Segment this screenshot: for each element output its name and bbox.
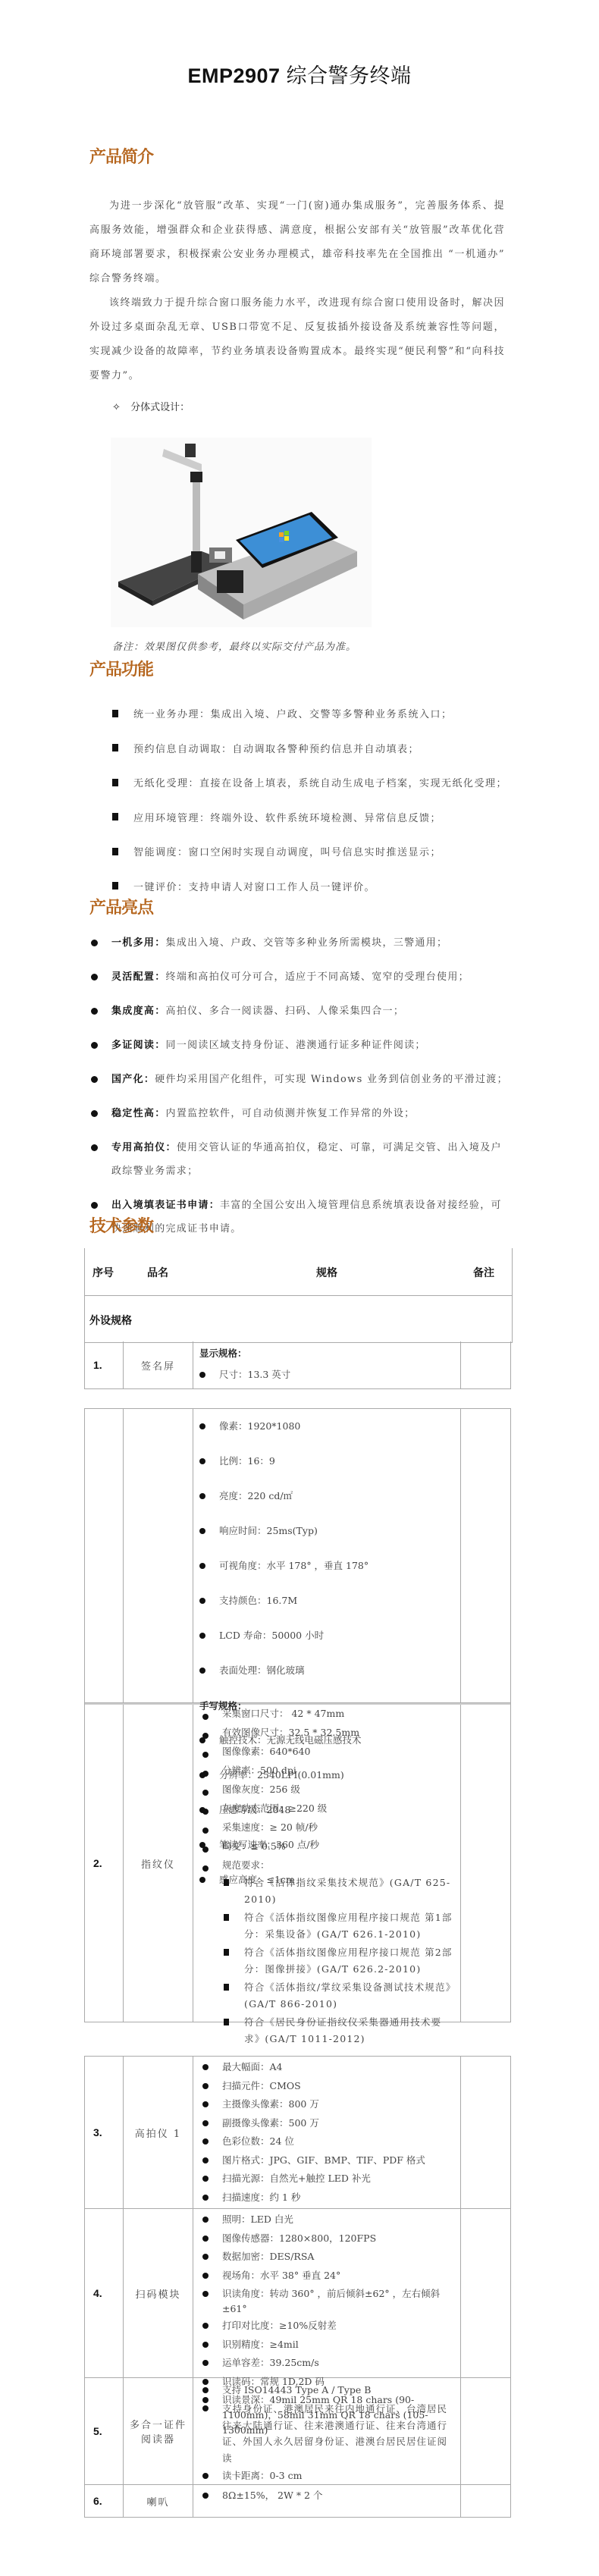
row-no: 4. (85, 2209, 124, 2377)
spec-item: 比例：16：9 (199, 1444, 453, 1479)
round-bullet-icon (199, 1493, 205, 1499)
round-bullet-icon (202, 2195, 209, 2201)
row-spec: 像素：1920*1080 比例：16：9 亮度：220 cd/㎡ 响应时间：25… (193, 1409, 461, 1702)
spec-item: 运单容差：39.25cm/s (199, 2354, 453, 2373)
row-remark (461, 2209, 510, 2377)
specs-table-header: 序号 品名 规格 备注 外设规格 (84, 1248, 513, 1343)
row-no: 6. (85, 2485, 124, 2517)
round-bullet-icon (202, 1846, 209, 1853)
row-no: 1. (85, 1341, 124, 1388)
round-bullet-icon (91, 974, 98, 981)
round-bullet-icon (202, 2387, 209, 2393)
round-bullet-icon (202, 2236, 209, 2242)
highlight-item: 稳定性高：内置监控软件，可自动侦测并恢复工作异常的外设； (89, 1102, 511, 1125)
functions-list: 统一业务办理：集成出入境、户政、交警等多警种业务系统入口； 预约信息自动调取：自… (112, 696, 522, 903)
terminal-device-icon (111, 438, 372, 627)
spec-item: 采集速度：≥ 20 帧/秒 (199, 1818, 453, 1837)
spec-item: 尺寸：13.3 英寸 (199, 1364, 453, 1385)
spec-item: 像素：1920*1080 (199, 1409, 453, 1444)
highlight-item: 专用高拍仪：使用交管认证的华通高拍仪，稳定、可靠，可满足交管、出入境及户政综警业… (89, 1136, 511, 1183)
function-item: 预约信息自动调取：自动调取各警种预约信息并自动填表； (112, 731, 522, 766)
design-label-text: 分体式设计： (130, 402, 190, 413)
round-bullet-icon (202, 1828, 209, 1834)
spec-subitem: 符合《活体指纹/掌纹采集设备测试技术规范》(GA/T 866-2010) (199, 1979, 453, 2013)
round-bullet-icon (202, 1733, 209, 1739)
row-remark (461, 2485, 510, 2517)
group-label: 外设规格 (89, 1313, 132, 1328)
row-remark (461, 1409, 510, 1702)
spec-item: 亮度：220 cd/㎡ (199, 1479, 453, 1514)
row-name: 签名屏 (124, 1341, 193, 1388)
round-bullet-icon (199, 1563, 205, 1569)
spec-item: 支持颜色：16.7M (199, 1583, 453, 1618)
round-bullet-icon (202, 1771, 209, 1777)
round-bullet-icon (202, 2273, 209, 2279)
diamond-bullet-icon: ✧ (112, 402, 127, 413)
row-spec: 支持 ISO14443 Type A / Type B 支持身份证、港澳居民来往… (193, 2378, 461, 2484)
spec-item: 8Ω±15%， 2W * 2 个 (199, 2487, 453, 2505)
highlights-heading: 产品亮点 (89, 895, 153, 918)
spec-item: 视场角：水平 38° 垂直 24° (199, 2267, 453, 2286)
highlight-item: 一机多用：集成出入境、户政、交管等多种业务所需模块，三警通用； (89, 931, 511, 955)
square-bullet-icon (112, 779, 118, 786)
table-row: 4. 扫码模块 照明：LED 白光 图像传感器：1280×800，120FPS … (85, 2209, 510, 2378)
spec-item: 识读角度：转动 360° ，前后倾斜±62° ，左右倾斜±61° (199, 2286, 453, 2317)
row-remark (461, 1705, 510, 2022)
round-bullet-icon (199, 1372, 205, 1378)
spec-item: 最大幅面：A4 (199, 2058, 453, 2077)
row-spec: 8Ω±15%， 2W * 2 个 (193, 2485, 461, 2517)
spec-item: 色彩位数：24 位 (199, 2132, 453, 2151)
row-no: 5. (85, 2378, 124, 2484)
row-spec: 显示规格： 尺寸：13.3 英寸 (193, 1341, 461, 1388)
round-bullet-icon (202, 2064, 209, 2070)
table-row: 像素：1920*1080 比例：16：9 亮度：220 cd/㎡ 响应时间：25… (85, 1409, 510, 1703)
highlight-item: 灵活配置：终端和高拍仪可分可合，适应于不同高矮、宽窄的受理台使用； (89, 965, 511, 989)
highlight-item: 集成度高：高拍仪、多合一阅读器、扫码、人像采集四合一； (89, 999, 511, 1023)
round-bullet-icon (202, 2083, 209, 2089)
spec-item: 图像像素：640*640 (199, 1742, 453, 1761)
square-bullet-icon (224, 1879, 229, 1886)
square-bullet-icon (224, 1949, 229, 1956)
table-row: 3. 高拍仪 1 最大幅面：A4 扫描元件：CMOS 主摄像头像素：800 万 … (85, 2057, 510, 2209)
spec-item: 灰度动态范围：≥220 级 (199, 1799, 453, 1818)
row-name (124, 1409, 193, 1702)
round-bullet-icon (199, 1423, 205, 1429)
title-name: 综合警务终端 (287, 64, 412, 88)
round-bullet-icon (202, 1809, 209, 1815)
spec-item: 图像灰度：256 级 (199, 1780, 453, 1799)
spec-item: LCD 寿命：50000 小时 (199, 1618, 453, 1653)
row-remark (461, 2057, 510, 2208)
spec-item: 支持 ISO14443 Type A / Type B (199, 2381, 453, 2399)
spec-item: 图片格式：JPG、GIF、BMP、TIF、PDF 格式 (199, 2151, 453, 2170)
function-item: 无纸化受理：直接在设备上填表，系统自动生成电子档案，实现无纸化受理； (112, 765, 522, 800)
function-item: 应用环境管理：终端外设、软件系统环境检测、异常信息反馈； (112, 800, 522, 835)
square-bullet-icon (224, 1914, 229, 1921)
square-bullet-icon (112, 744, 118, 751)
round-bullet-icon (91, 1202, 98, 1209)
square-bullet-icon (112, 848, 118, 855)
table-row: 5. 多合一证件阅读器 支持 ISO14443 Type A / Type B … (85, 2378, 510, 2485)
round-bullet-icon (202, 2101, 209, 2107)
spec-subitem: 符合《居民身份证指纹仪采集器通用技术要求》(GA/T 1011-2012) (199, 2014, 453, 2047)
round-bullet-icon (202, 2254, 209, 2260)
square-bullet-icon (224, 1984, 229, 1991)
spec-subitem: 符合《活体指纹图像应用程序接口规范 第1部分：采集设备》(GA/T 626.1-… (199, 1909, 453, 1943)
round-bullet-icon (202, 1790, 209, 1796)
round-bullet-icon (202, 2405, 209, 2411)
spec-item: 畸变：≤ 0.5% (199, 1837, 453, 1856)
highlights-list: 一机多用：集成出入境、户政、交管等多种业务所需模块，三警通用； 灵活配置：终端和… (89, 931, 511, 1251)
row-name: 扫码模块 (124, 2209, 193, 2377)
table-block-1-cont: 像素：1920*1080 比例：16：9 亮度：220 cd/㎡ 响应时间：25… (84, 1408, 511, 2022)
table-block-1: 1. 签名屏 显示规格： 尺寸：13.3 英寸 (84, 1341, 511, 1389)
row-spec: 采集窗口尺寸： 42 * 47mm 有效图像尺寸：32.5 * 32.5mm 图… (193, 1705, 461, 2022)
intro-heading: 产品简介 (89, 144, 153, 168)
highlight-item: 国产化：硬件均采用国产化组件，可实现 Windows 业务到信创业务的平滑过渡； (89, 1068, 511, 1091)
round-bullet-icon (202, 2157, 209, 2163)
row-no: 2. (85, 1705, 124, 2022)
row-remark (461, 1341, 510, 1388)
row-name: 多合一证件阅读器 (124, 2378, 193, 2484)
spec-item: 可视角度：水平 178° ，垂直 178° (199, 1548, 453, 1583)
table-block-2: 3. 高拍仪 1 最大幅面：A4 扫描元件：CMOS 主摄像头像素：800 万 … (84, 2056, 511, 2518)
round-bullet-icon (199, 1633, 205, 1639)
round-bullet-icon (91, 1008, 98, 1015)
round-bullet-icon (202, 2360, 209, 2366)
spec-subitem: 符合《活体指纹采集技术规范》(GA/T 625-2010) (199, 1875, 453, 1908)
square-bullet-icon (112, 710, 118, 717)
row-remark (461, 2378, 510, 2484)
spec-item: 规范要求： (199, 1856, 453, 1875)
image-note: 备注：效果图仅供参考，最终以实际交付产品为准。 (112, 639, 356, 653)
highlight-item: 多证阅读：同一阅读区域支持身份证、港澳通行证多种证件阅读； (89, 1034, 511, 1057)
spec-subitem: 符合《活体指纹图像应用程序接口规范 第2部分：图像拼接》(GA/T 626.2-… (199, 1944, 453, 1978)
spec-item: 照明：LED 白光 (199, 2210, 453, 2229)
round-bullet-icon (199, 1598, 205, 1604)
row-name: 指纹仪 (124, 1705, 193, 2022)
spec-item: 分辨率：500 dpi (199, 1761, 453, 1780)
round-bullet-icon (202, 1752, 209, 1758)
row-name: 喇叭 (124, 2485, 193, 2517)
spec-item: 识别精度：≥4mil (199, 2336, 453, 2355)
round-bullet-icon (202, 2138, 209, 2145)
spec-item: 有效图像尺寸：32.5 * 32.5mm (199, 1723, 453, 1742)
round-bullet-icon (202, 2342, 209, 2348)
spec-item: 数据加密：DES/RSA (199, 2248, 453, 2267)
round-bullet-icon (91, 1144, 98, 1151)
square-bullet-icon (112, 882, 118, 890)
table-row: 2. 指纹仪 采集窗口尺寸： 42 * 47mm 有效图像尺寸：32.5 * 3… (85, 1703, 510, 2022)
col-spec: 规格 (316, 1265, 337, 1280)
function-item: 一键评价：支持申请人对窗口工作人员一键评价。 (112, 869, 522, 904)
round-bullet-icon (202, 2473, 209, 2479)
row-spec: 照明：LED 白光 图像传感器：1280×800，120FPS 数据加密：DES… (193, 2209, 461, 2377)
col-no: 序号 (93, 1265, 114, 1280)
col-remark: 备注 (473, 1265, 494, 1280)
spec-item: 采集窗口尺寸： 42 * 47mm (199, 1705, 453, 1723)
design-label: ✧ 分体式设计： (112, 399, 190, 413)
round-bullet-icon (202, 2493, 209, 2499)
round-bullet-icon (202, 2323, 209, 2329)
spec-item: 读卡距离：0-3 cm (199, 2466, 453, 2486)
spec-item: 扫描元件：CMOS (199, 2077, 453, 2096)
round-bullet-icon (202, 1714, 209, 1720)
round-bullet-icon (91, 1110, 98, 1117)
spec-item: 扫描光源：自然光+触控 LED 补光 (199, 2170, 453, 2189)
row-spec: 最大幅面：A4 扫描元件：CMOS 主摄像头像素：800 万 副摄像头像素：50… (193, 2057, 461, 2208)
table-row: 6. 喇叭 8Ω±15%， 2W * 2 个 (85, 2485, 510, 2517)
spec-item: 支持身份证、港澳居民来往内地通行证、台湾居民往来大陆通行证、往来港澳通行证、往来… (199, 2401, 453, 2466)
square-bullet-icon (224, 2019, 229, 2025)
product-image (111, 438, 372, 627)
functions-heading: 产品功能 (89, 657, 153, 680)
row-name: 高拍仪 1 (124, 2057, 193, 2208)
spec-subheading: 显示规格： (199, 1343, 453, 1364)
round-bullet-icon (202, 2176, 209, 2182)
row-no: 3. (85, 2057, 124, 2208)
round-bullet-icon (202, 1865, 209, 1872)
document-title: EMP2907 综合警务终端 (0, 59, 599, 89)
round-bullet-icon (91, 1042, 98, 1049)
table-header-row: 序号 品名 规格 备注 (85, 1248, 512, 1296)
specs-heading: 技术参数 (89, 1213, 153, 1237)
round-bullet-icon (202, 2217, 209, 2223)
round-bullet-icon (202, 2120, 209, 2126)
spec-item: 副摄像头像素：500 万 (199, 2114, 453, 2133)
spec-item: 扫描速度：约 1 秒 (199, 2189, 453, 2207)
row-no (85, 1409, 124, 1702)
round-bullet-icon (199, 1528, 205, 1534)
square-bullet-icon (112, 813, 118, 820)
round-bullet-icon (202, 2291, 209, 2297)
spec-item: 响应时间：25ms(Typ) (199, 1514, 453, 1548)
function-item: 智能调度：窗口空闲时实现自动调度，叫号信息实时推送显示； (112, 834, 522, 869)
table-group-row: 外设规格 (85, 1296, 512, 1343)
round-bullet-icon (199, 1458, 205, 1464)
intro-paragraph-1: 为进一步深化“放管服”改革、实现“一门(窗)通办集成服务”，完善服务体系、提高服… (89, 194, 505, 291)
round-bullet-icon (91, 940, 98, 946)
spec-item: 图像传感器：1280×800，120FPS (199, 2229, 453, 2248)
function-item: 统一业务办理：集成出入境、户政、交警等多警种业务系统入口； (112, 696, 522, 731)
intro-paragraph-2: 该终端致力于提升综合窗口服务能力水平，改进现有综合窗口使用设备时，解决因外设过多… (89, 291, 505, 388)
round-bullet-icon (199, 1668, 205, 1674)
col-name: 品名 (147, 1265, 168, 1280)
spec-item: 表面处理：钢化玻璃 (199, 1653, 453, 1688)
table-row: 1. 签名屏 显示规格： 尺寸：13.3 英寸 (85, 1341, 510, 1388)
title-model: EMP2907 (187, 64, 280, 87)
spec-item: 打印对比度：≥10%反射差 (199, 2317, 453, 2336)
spec-item: 主摄像头像素：800 万 (199, 2095, 453, 2114)
round-bullet-icon (91, 1076, 98, 1083)
